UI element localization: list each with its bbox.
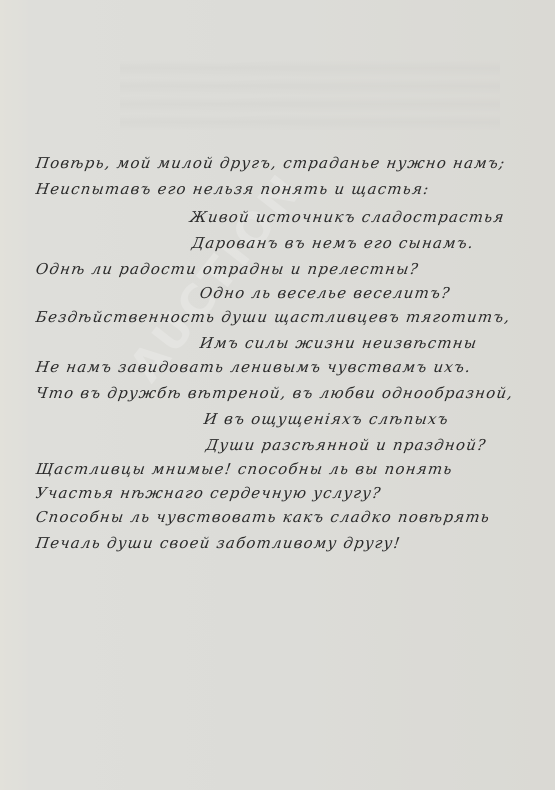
poem-line: Однѣ ли радости отрадны и прелестны? [35,260,420,278]
poem-line: Повѣрь, мой милой другъ, страданье нужно… [35,154,507,172]
poem-line: Имъ силы жизни неизвѣстны [199,334,479,352]
poem-line: Дарованъ въ немъ его сынамъ. [191,234,476,252]
poem-line: Что въ дружбѣ вѣтреной, въ любви однообр… [35,384,515,402]
manuscript-page: AUCTION Повѣрь, мой милой другъ, страдан… [0,0,555,790]
poem-line: Бездѣйственность души щастливцевъ тяготи… [35,308,512,326]
poem-line: Печаль души своей заботливому другу! [35,534,402,552]
poem-line: И въ ощущеніяхъ слѣпыхъ [203,410,450,428]
poem-line: Щастливцы мнимые! способны ль вы понять [35,460,454,478]
poem-line: Способны ль чувствовать какъ сладко повѣ… [35,508,492,526]
poem-line: Живой источникъ сладострастья [189,208,506,226]
poem-text: Повѣрь, мой милой другъ, страданье нужно… [0,0,555,790]
poem-line: Не намъ завидовать ленивымъ чувствамъ их… [35,358,473,376]
poem-line: Неиспытавъ его нельзя понять и щастья: [35,180,431,198]
poem-line: Одно ль веселье веселитъ? [199,284,452,302]
poem-line: Участья нѣжнаго сердечную услугу? [35,484,383,502]
poem-line: Души разсѣянной и праздной? [205,436,488,454]
